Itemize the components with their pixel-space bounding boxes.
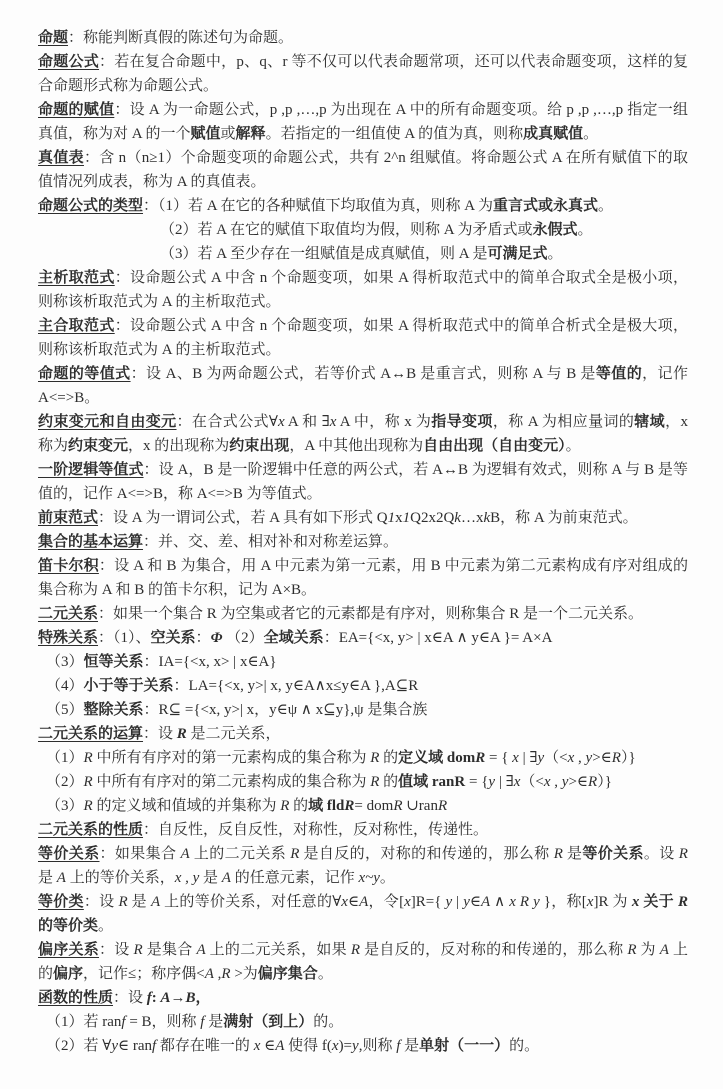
text-run: ，x 的出现称为 xyxy=(128,438,229,454)
text-run: ∈ xyxy=(260,1038,275,1054)
text-run: 为 xyxy=(637,942,660,958)
text-run: A xyxy=(481,894,490,910)
headword: 偏序关系 xyxy=(38,942,99,958)
definition-paragraph: 前束范式：设 A 为一谓词公式，若 A 具有如下形式 Q1x1Q2x2Qk…xk… xyxy=(38,506,688,530)
headword: 真值表 xyxy=(38,150,84,166)
text-run: R xyxy=(612,750,621,766)
text-run: 是 xyxy=(199,870,222,886)
text-run: ：设 A 和 B 为集合，用 A 中元素为第一元素，用 B 中元素为第二元素构成… xyxy=(38,558,688,598)
text-run: R xyxy=(84,774,93,790)
headword: 命题的赋值 xyxy=(38,102,114,118)
headword: 前束范式 xyxy=(38,510,98,526)
text-run: ：设 xyxy=(113,990,147,1006)
text-run: 赋值 xyxy=(191,126,221,142)
paragraph: （3）R 的定义域和值域的并集称为 R 的域 fldR= domR ∪ranR xyxy=(38,794,688,818)
text-run: 关于 xyxy=(639,894,678,910)
text-run: x~y xyxy=(358,870,379,886)
paragraph: （2）若 ∀y∈ ranf 都存在唯一的 x ∈A 使得 f(x)=y,则称 f… xyxy=(38,1034,688,1058)
text-run: 域 fld xyxy=(308,798,344,814)
text-run: 是集合 xyxy=(143,942,197,958)
text-run: ，记作≤；称序偶< xyxy=(83,966,205,982)
text-run: R xyxy=(177,726,187,742)
text-run: 的任意元素，记作 xyxy=(231,870,359,886)
text-run: ]R={ xyxy=(411,894,446,910)
text-run: 中所有有序对的第一元素构成的集合称为 xyxy=(93,750,371,766)
text-run: 。 xyxy=(380,870,395,886)
text-run: x xyxy=(341,894,348,910)
text-run: （3） xyxy=(46,798,84,814)
text-run: : xyxy=(152,990,161,1006)
definition-paragraph: 命题的赋值：设 A 为一命题公式，p ,p ,…,p 为出现在 A 中的所有命题… xyxy=(38,98,688,146)
text-run: （1） xyxy=(46,750,84,766)
text-run: 偏序 xyxy=(53,966,83,982)
text-run: ：称能判断真假的陈述句为命题。 xyxy=(68,30,293,46)
text-run: 。 xyxy=(598,198,613,214)
text-run: （< xyxy=(544,750,567,766)
text-run: R xyxy=(118,894,127,910)
text-run: | ∃ xyxy=(519,750,538,766)
text-run: R xyxy=(280,798,289,814)
text-run: （2） xyxy=(46,774,84,790)
headword: 特殊关系 xyxy=(38,630,98,646)
text-run: 是自反的，反对称的和传递的，那么称 xyxy=(360,942,627,958)
text-run: 的 xyxy=(379,750,398,766)
text-run: ：EA={<x, y> | x∈A ∧ y∈A }= A×A xyxy=(324,630,553,646)
headword: 集合的基本运算 xyxy=(38,534,143,550)
text-run: >∈ xyxy=(592,750,612,766)
text-run: x xyxy=(544,774,551,790)
text-run: x xyxy=(404,894,411,910)
text-run: 1 xyxy=(403,510,411,526)
document-body: 命题：称能判断真假的陈述句为命题。命题公式：若在复合命题中，p、q、r 等不仅可… xyxy=(38,26,688,1058)
text-run: R xyxy=(438,798,447,814)
headword: 二元关系的运算 xyxy=(38,726,143,742)
text-run: A xyxy=(275,1038,284,1054)
text-run: R xyxy=(84,798,93,814)
text-run: 解释 xyxy=(236,126,266,142)
text-run: | ∃ xyxy=(495,774,514,790)
headword: 等价关系 xyxy=(38,846,100,862)
text-run: ：设 xyxy=(84,894,119,910)
text-run: ∈ ran xyxy=(118,1038,152,1054)
text-run: 约束变元 xyxy=(68,438,128,454)
text-run: 定义域 dom xyxy=(398,750,475,766)
text-run: 满射（到上） xyxy=(223,1014,313,1030)
text-run: 的。 xyxy=(313,1014,343,1030)
text-run: 。 xyxy=(548,246,563,262)
text-run: 永假式 xyxy=(533,222,578,238)
text-run: （1）若 ran xyxy=(46,1014,121,1030)
text-run: R xyxy=(554,846,563,862)
text-run: R xyxy=(221,966,230,982)
definition-paragraph: 二元关系的运算：设 R 是二元关系， xyxy=(38,722,688,746)
text-run: R xyxy=(344,798,354,814)
text-run: x , y xyxy=(175,870,200,886)
text-run: 指导变项 xyxy=(431,414,493,430)
text-run: Φ xyxy=(211,630,223,646)
headword: 等价类 xyxy=(38,894,84,910)
text-run: 的。 xyxy=(509,1038,539,1054)
text-run: 偏序集合 xyxy=(258,966,318,982)
text-run: A xyxy=(660,942,669,958)
text-run: 全域关系 xyxy=(264,630,324,646)
headword: 约束变元和自由变元 xyxy=(38,414,177,430)
text-run: R xyxy=(627,942,636,958)
text-run: 是 xyxy=(563,846,583,862)
text-run: ,则称 xyxy=(359,1038,397,1054)
text-run: y xyxy=(463,894,470,910)
paragraph: （2）R 中所有有序对的第二元素构成的集合称为 R 的值域 ranR = {y … xyxy=(38,770,688,794)
text-run: ， xyxy=(196,990,211,1006)
definition-paragraph: 一阶逻辑等值式：设 A，B 是一阶逻辑中任意的两公式，若 A↔B 为逻辑有效式，… xyxy=(38,458,688,506)
text-run: 是自反的，对称的和传递的，那么称 xyxy=(299,846,553,862)
text-run: ：如果集合 xyxy=(100,846,181,862)
text-run: A xyxy=(205,966,214,982)
text-run: R xyxy=(84,750,93,766)
text-run: y xyxy=(352,1038,359,1054)
text-run: 的 xyxy=(289,798,308,814)
text-run: 是 xyxy=(128,894,151,910)
text-run: R xyxy=(134,942,143,958)
text-run: R xyxy=(678,894,688,910)
text-run: ：并、交、差、相对补和对称差运算。 xyxy=(143,534,398,550)
text-run: （2）若 A 在它的赋值下取值均为假，则称 A 为矛盾式或 xyxy=(160,222,533,238)
text-run: 。若指定的一组值使 A 的值为真，则称 xyxy=(266,126,524,142)
text-run: A 中，称 x 为 xyxy=(336,414,431,430)
text-run: R xyxy=(679,846,688,862)
text-run: 是 xyxy=(400,1038,419,1054)
text-run: ：设 xyxy=(143,726,177,742)
text-run: 成真赋值 xyxy=(523,126,583,142)
text-run: 是 xyxy=(204,1014,223,1030)
text-run: 约束出现 xyxy=(229,438,289,454)
text-run: 是二元关系， xyxy=(187,726,281,742)
text-run: , xyxy=(551,774,562,790)
definition-paragraph: 主合取范式：设命题公式 A 中含 n 个命题变项，如果 A 得析取范式中的简单合… xyxy=(38,314,688,362)
text-run: | xyxy=(452,894,463,910)
text-run: k xyxy=(454,510,461,526)
text-run: 都存在唯一的 xyxy=(156,1038,254,1054)
text-run: （3） xyxy=(46,654,84,670)
text-run: ：设 A 为一谓词公式，若 A 具有如下形式 Q xyxy=(98,510,388,526)
text-run: 上的二元关系 xyxy=(190,846,291,862)
text-run: ：设 xyxy=(99,942,134,958)
text-run: ：设命题公式 A 中含 n 个命题变项，如果 A 得析取范式中的简单合取式全是极… xyxy=(38,270,688,310)
definition-paragraph: 函数的性质：设 f: A→B， xyxy=(38,986,688,1010)
text-run: 单射（一一） xyxy=(419,1038,509,1054)
text-run: Q2x2Q xyxy=(410,510,454,526)
text-run: x xyxy=(512,750,519,766)
text-run: 重言式或永真式 xyxy=(493,198,598,214)
text-run: 上的二元关系，如果 xyxy=(206,942,351,958)
definition-paragraph: 命题：称能判断真假的陈述句为命题。 xyxy=(38,26,688,50)
definition-paragraph: 命题公式：若在复合命题中，p、q、r 等不仅可以代表命题常项，还可以代表命题变项… xyxy=(38,50,688,98)
text-run: 使得 f( xyxy=(284,1038,332,1054)
definition-paragraph: 主析取范式：设命题公式 A 中含 n 个命题变项，如果 A 得析取范式中的简单合… xyxy=(38,266,688,314)
text-run: 值域 ranR xyxy=(398,774,465,790)
text-run: 空关系 xyxy=(151,630,196,646)
text-run: ，A 中其他出现称为 xyxy=(289,438,423,454)
definition-paragraph: 特殊关系：（1）、空关系：Φ （2）全域关系：EA={<x, y> | x∈A … xyxy=(38,626,688,650)
definition-paragraph: 等价类：设 R 是 A 上的等价关系，对任意的∀x∈A，令[x]R={ y | … xyxy=(38,890,688,938)
text-run: ：LA={<x, y>| x, y∈A∧x≤y∈A },A⊆R xyxy=(174,678,419,694)
text-run: R xyxy=(370,774,379,790)
headword: 一阶逻辑等值式 xyxy=(38,462,144,478)
headword: 二元关系 xyxy=(38,606,98,622)
text-run: B，称 A 为前束范式。 xyxy=(490,510,638,526)
text-run: A xyxy=(181,846,190,862)
text-run: ]R 为 xyxy=(593,894,631,910)
text-run: ：（1）若 A 在它的各种赋值下均取值为真，则称 A 为 xyxy=(143,198,493,214)
text-run: ：IA={<x, x> | x∈A} xyxy=(144,654,277,670)
text-run: 1 xyxy=(388,510,396,526)
text-run: 。 xyxy=(566,438,581,454)
text-run: A xyxy=(196,942,205,958)
definition-paragraph: 真值表：含 n（n≥1）个命题变项的命题公式，共有 2^n 组赋值。将命题公式 … xyxy=(38,146,688,194)
text-run: , xyxy=(574,750,585,766)
text-run: ∧ xyxy=(490,894,509,910)
text-run: 上的等价关系， xyxy=(66,870,175,886)
document-page: 命题：称能判断真假的陈述句为命题。命题公式：若在复合命题中，p、q、r 等不仅可… xyxy=(0,0,723,1089)
text-run: 整除关系 xyxy=(84,702,144,718)
text-run: R xyxy=(370,750,379,766)
text-run: （< xyxy=(520,774,543,790)
text-run: （4） xyxy=(46,678,84,694)
headword: 主合取范式 xyxy=(38,318,115,334)
definition-paragraph: 约束变元和自由变元：在合式公式∀x A 和 ∃x A 中，称 x 为指导变项，称… xyxy=(38,410,688,458)
paragraph: （3）恒等关系：IA={<x, x> | x∈A} xyxy=(38,650,688,674)
text-run: = { xyxy=(465,774,488,790)
text-run: 的定义域和值域的并集称为 xyxy=(93,798,281,814)
text-run: x R y xyxy=(509,894,540,910)
text-run: 。 xyxy=(578,222,593,238)
text-run: ： xyxy=(196,630,211,646)
paragraph: （5）整除关系：R⊆ ={<x, y>| x，y∈ψ ∧ x⊆y},ψ 是集合族 xyxy=(38,698,688,722)
text-run: ：若在复合命题中，p、q、r 等不仅可以代表命题常项，还可以代表命题变项，这样的… xyxy=(38,54,688,94)
text-run: A xyxy=(222,870,231,886)
text-run: 。 xyxy=(583,126,598,142)
headword: 命题 xyxy=(38,30,68,46)
text-run: = B，则称 xyxy=(126,1014,201,1030)
text-run: 辖域 xyxy=(634,414,665,430)
text-run: 可满足式 xyxy=(488,246,548,262)
text-run: A xyxy=(57,870,66,886)
text-run: ）} xyxy=(621,750,636,766)
text-run: 的 xyxy=(379,774,398,790)
text-run: （2） xyxy=(222,630,263,646)
paragraph: （3）若 A 至少存在一组赋值是成真赋值，则 A 是可满足式。 xyxy=(38,242,688,266)
headword: 二元关系的性质 xyxy=(38,822,143,838)
headword: 笛卡尔积 xyxy=(38,558,99,574)
definition-paragraph: 二元关系：如果一个集合 R 为空集或者它的元素都是有序对，则称集合 R 是一个二… xyxy=(38,602,688,626)
text-run: )= xyxy=(339,1038,352,1054)
text-run: R xyxy=(475,750,485,766)
text-run: ：含 n（n≥1）个命题变项的命题公式，共有 2^n 组赋值。将命题公式 A 在… xyxy=(38,150,688,190)
text-run: R xyxy=(290,846,299,862)
text-run: ：如果一个集合 R 为空集或者它的元素都是有序对，则称集合 R 是一个二元关系。 xyxy=(98,606,643,622)
text-run: >为 xyxy=(231,966,258,982)
text-run: 自由出现（自由变元） xyxy=(423,438,566,454)
text-run: ，令[ xyxy=(368,894,404,910)
text-run: ，称 A 为相应量词的 xyxy=(493,414,634,430)
text-run: A xyxy=(359,894,368,910)
definition-paragraph: 笛卡尔积：设 A 和 B 为集合，用 A 中元素为第一元素，用 B 中元素为第二… xyxy=(38,554,688,602)
text-run: 的等价类 xyxy=(38,918,98,934)
text-run: = { xyxy=(485,750,512,766)
text-run: 或 xyxy=(221,126,236,142)
text-run: ∪ran xyxy=(402,798,437,814)
headword: 命题公式的类型 xyxy=(38,198,143,214)
headword: 命题的等值式 xyxy=(38,366,131,382)
text-run: 是 xyxy=(38,870,57,886)
text-run: ：在合式公式∀ xyxy=(177,414,278,430)
text-run: ：自反性，反自反性，对称性，反对称性，传递性。 xyxy=(143,822,488,838)
text-run: （2）若 ∀ xyxy=(46,1038,111,1054)
text-run: A→B xyxy=(161,990,196,1006)
text-run: R xyxy=(351,942,360,958)
text-run: }，称[ xyxy=(540,894,587,910)
text-run: （3）若 A 至少存在一组赋值是成真赋值，则 A 是 xyxy=(160,246,488,262)
text-run: ：设命题公式 A 中含 n 个命题变项，如果 A 得析取范式中的简单合析式全是极… xyxy=(38,318,688,358)
paragraph: （1）若 ranf = B，则称 f 是满射（到上）的。 xyxy=(38,1010,688,1034)
text-run: 。 xyxy=(318,966,333,982)
text-run: …x xyxy=(461,510,484,526)
text-run: y xyxy=(111,1038,118,1054)
text-run: 小于等于关系 xyxy=(84,678,174,694)
text-run: ：（1）、 xyxy=(98,630,151,646)
text-run: A 和 ∃ xyxy=(285,414,330,430)
text-run: R xyxy=(588,774,597,790)
text-run: （5） xyxy=(46,702,84,718)
text-run: 中所有有序对的第二元素构成的集合称为 xyxy=(93,774,371,790)
definition-paragraph: 命题公式的类型：（1）若 A 在它的各种赋值下均取值为真，则称 A 为重言式或永… xyxy=(38,194,688,218)
text-run: x xyxy=(332,1038,339,1054)
headword: 函数的性质 xyxy=(38,990,113,1006)
paragraph: （2）若 A 在它的赋值下取值均为假，则称 A 为矛盾式或永假式。 xyxy=(38,218,688,242)
text-run: 恒等关系 xyxy=(84,654,144,670)
text-run: x xyxy=(278,414,285,430)
text-run: 。 xyxy=(98,918,113,934)
text-run: ）} xyxy=(597,774,612,790)
definition-paragraph: 等价关系：如果集合 A 上的二元关系 R 是自反的，对称的和传递的，那么称 R … xyxy=(38,842,688,890)
text-run: A xyxy=(151,894,160,910)
text-run: x xyxy=(395,510,403,526)
definition-paragraph: 偏序关系：设 R 是集合 A 上的二元关系，如果 R 是自反的，反对称的和传递的… xyxy=(38,938,688,986)
definition-paragraph: 命题的等值式：设 A、B 为两命题公式，若等价式 A↔B 是重言式，则称 A 与… xyxy=(38,362,688,410)
headword: 主析取范式 xyxy=(38,270,115,286)
text-run: 。设 xyxy=(644,846,679,862)
definition-paragraph: 二元关系的性质：自反性，反自反性，对称性，反对称性，传递性。 xyxy=(38,818,688,842)
definition-paragraph: 集合的基本运算：并、交、差、相对补和对称差运算。 xyxy=(38,530,688,554)
text-run: ∈ xyxy=(470,894,481,910)
text-run: ：R⊆ ={<x, y>| x，y∈ψ ∧ x⊆y},ψ 是集合族 xyxy=(144,702,428,718)
text-run: = dom xyxy=(354,798,393,814)
paragraph: （4）小于等于关系：LA={<x, y>| x, y∈A∧x≤y∈A },A⊆R xyxy=(38,674,688,698)
headword: 命题公式 xyxy=(38,54,99,70)
text-run: 等值的 xyxy=(596,366,642,382)
text-run: ∈ xyxy=(348,894,359,910)
text-run: ：设 A、B 为两命题公式，若等价式 A↔B 是重言式，则称 A 与 B 是 xyxy=(131,366,596,382)
text-run: 等价关系 xyxy=(582,846,644,862)
paragraph: （1）R 中所有有序对的第一元素构成的集合称为 R 的定义域 domR = { … xyxy=(38,746,688,770)
text-run: 上的等价关系，对任意的∀ xyxy=(160,894,341,910)
text-run: >∈ xyxy=(568,774,588,790)
